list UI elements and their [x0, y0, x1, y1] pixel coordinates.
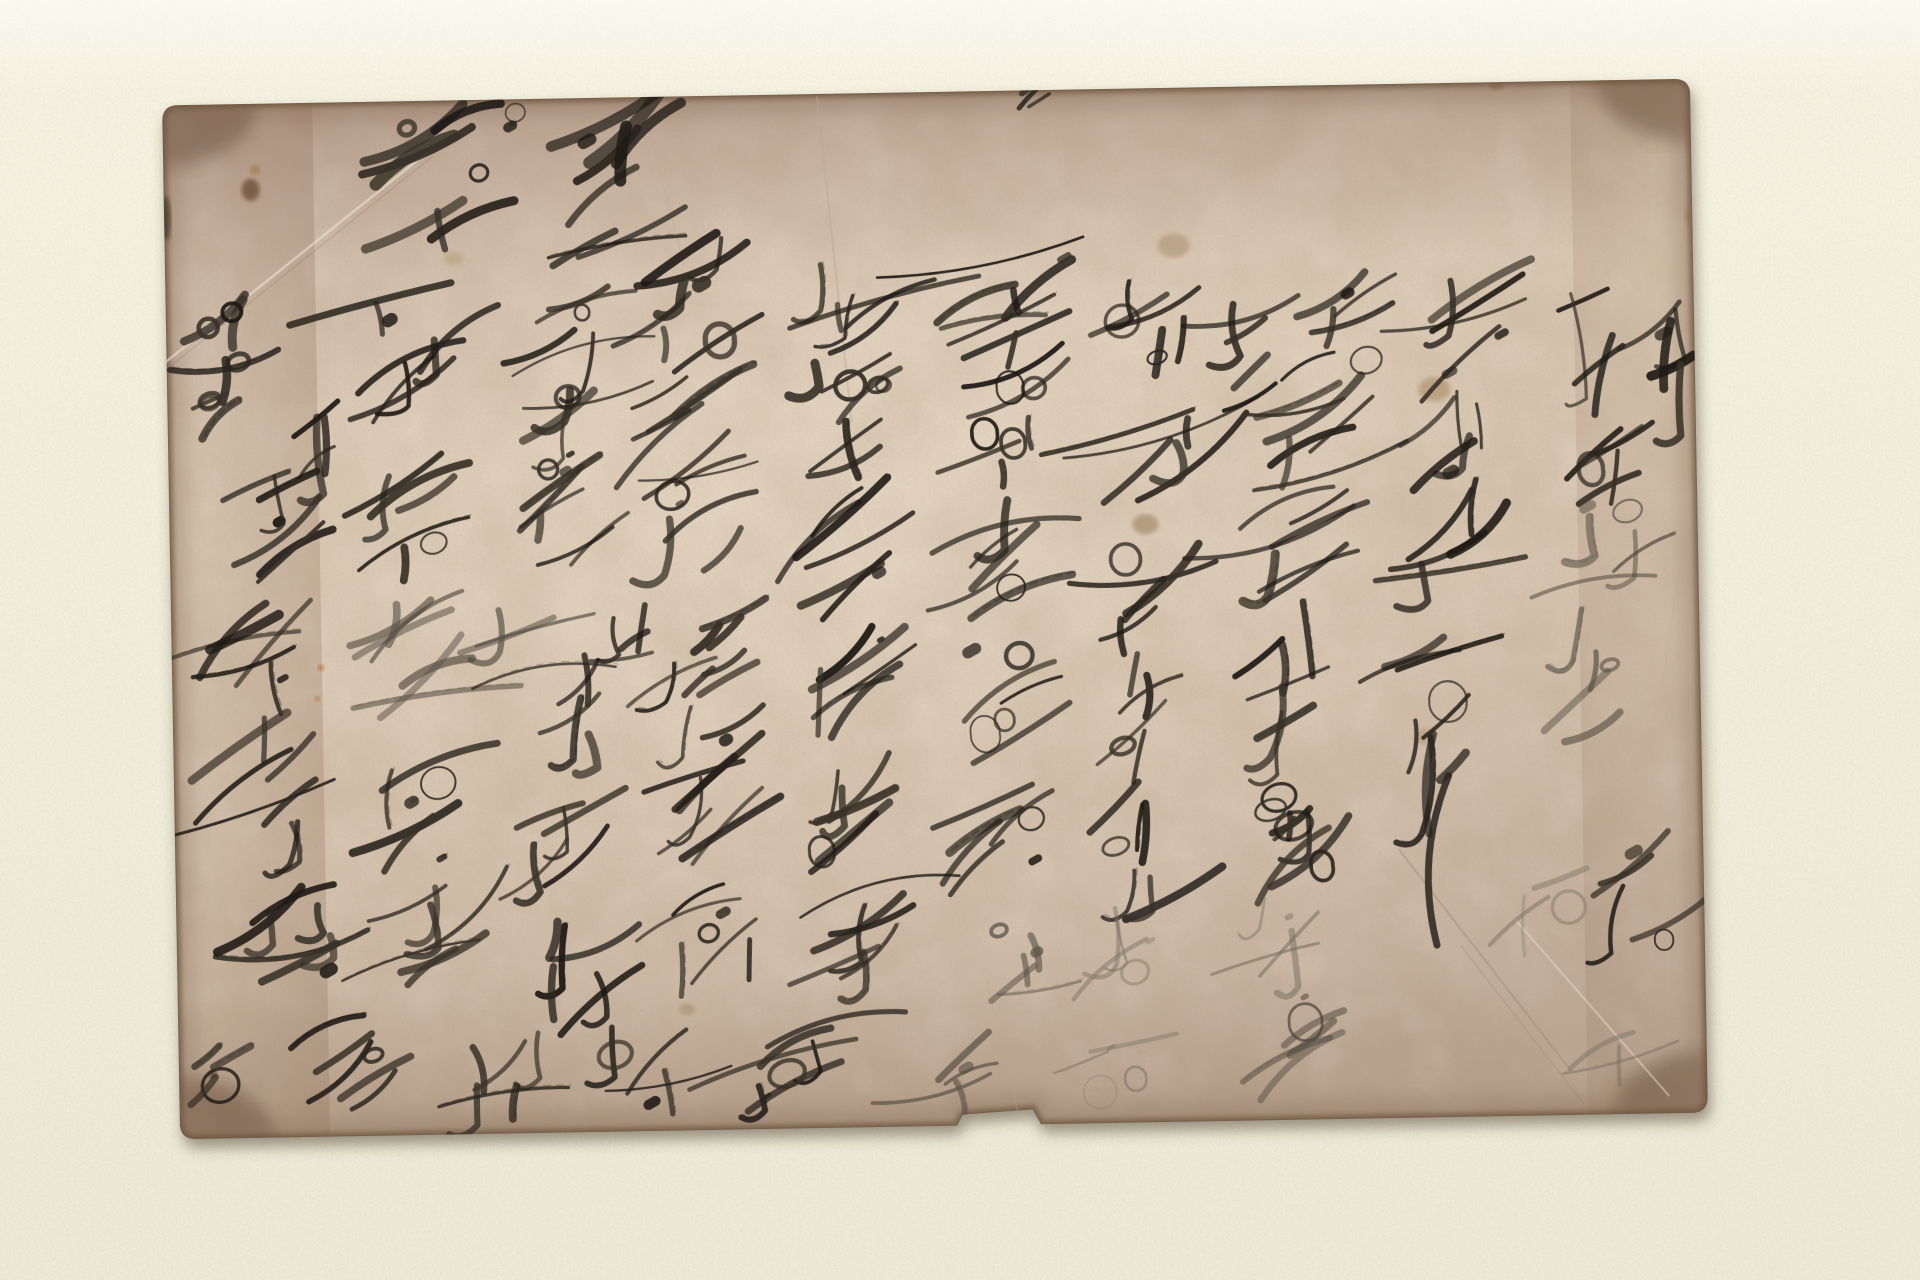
brush-stroke	[551, 967, 554, 1020]
dry-brush-echo	[510, 123, 514, 125]
brush-stroke	[968, 648, 976, 652]
brush-stroke	[963, 1066, 969, 1069]
brush-stroke	[1346, 292, 1350, 294]
brush-stroke	[877, 572, 881, 574]
brush-stroke	[663, 329, 666, 361]
brush-stroke	[568, 453, 572, 455]
brush-stroke	[1618, 1046, 1619, 1084]
dry-brush-echo	[412, 799, 416, 801]
brush-stroke	[1287, 916, 1290, 918]
brush-stroke	[1630, 850, 1637, 854]
brush-stroke	[680, 944, 683, 996]
brush-stroke	[1446, 371, 1453, 375]
brush-stroke	[1032, 858, 1038, 862]
screenshot-root	[0, 0, 1920, 1280]
brush-stroke	[720, 911, 726, 914]
brush-stroke	[1498, 332, 1505, 336]
brush-stroke	[879, 639, 882, 641]
brush-stroke	[1584, 505, 1592, 509]
brush-stroke	[748, 940, 750, 980]
brush-stroke	[1035, 951, 1038, 953]
brush-stroke	[324, 417, 327, 474]
brush-stroke	[1120, 619, 1124, 654]
brush-stroke	[1002, 462, 1005, 487]
brush-stroke	[326, 969, 332, 972]
brush-stroke	[817, 670, 822, 736]
manuscript-card	[66, 15, 1804, 1203]
brush-stroke	[563, 470, 567, 472]
brush-stroke	[698, 282, 704, 285]
brush-stroke	[388, 319, 392, 321]
brush-stroke	[403, 547, 406, 580]
brush-stroke	[725, 739, 728, 741]
brush-stroke	[619, 126, 627, 180]
photo-of-handwritten-card	[0, 0, 1920, 1280]
card-surface	[66, 15, 1804, 1203]
brush-stroke	[1303, 996, 1306, 998]
brush-stroke	[537, 512, 540, 540]
brush-stroke	[278, 521, 281, 523]
album-page-top-sheen	[0, 0, 1920, 92]
brush-stroke	[1060, 255, 1068, 259]
brush-stroke	[280, 677, 286, 680]
brush-stroke	[583, 139, 591, 143]
